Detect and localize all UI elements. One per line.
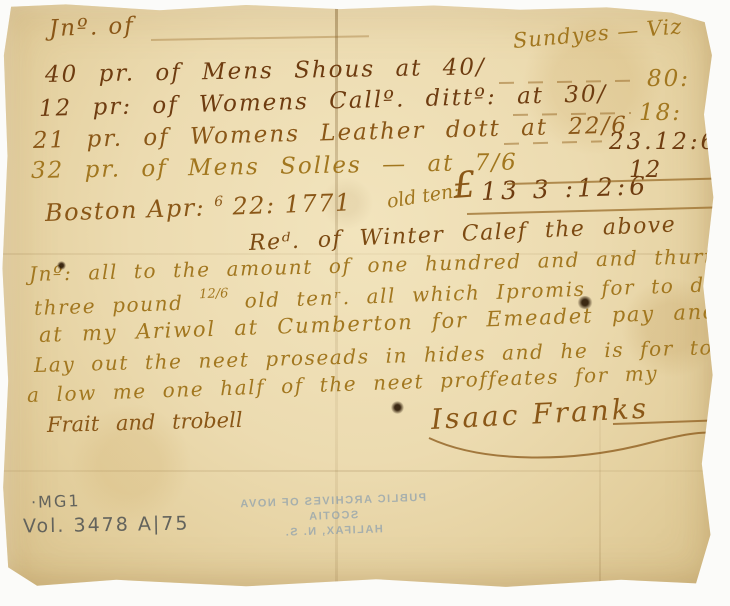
dateline: Boston Apr: 6 22: 1771: [45, 188, 353, 227]
archive-stamp-mirrored: PUBLIC ARCHIVES OF NOVA SCOTIA HALIFAX, …: [226, 490, 439, 542]
scanned-receipt-page: { "colors": { "paper": "#ecdbb0", "ink_d…: [0, 0, 730, 606]
receipt-line-freight: Frait and trobell: [47, 408, 243, 437]
fold-crease-vertical-right: [599, 417, 601, 606]
line-item-amount: 18:: [639, 100, 682, 126]
ink-blot: [391, 401, 404, 414]
heading-dash-line: [151, 35, 369, 41]
fold-crease-horizontal-lower: [1, 470, 722, 472]
dateline-superscript: 6: [214, 194, 223, 210]
invoice-heading: Jnº. of: [49, 13, 136, 42]
pencil-annotation-mg1: ·MG1: [31, 491, 81, 512]
line-item-amount: 80:: [647, 66, 690, 92]
amount-rule-lower: [467, 206, 717, 215]
signature: Isaac Franks: [430, 392, 650, 436]
pencil-annotation-volume: Vol. 3478 A|75: [23, 513, 190, 538]
pound-sign: £: [452, 164, 478, 206]
dateline-date: 22: 1771: [232, 188, 352, 220]
line-item-mens-shoes: 40 pr. of Mens Shous at 40/: [45, 54, 486, 88]
line-item-amount: 23.12:6: [609, 129, 718, 155]
paper-sheet: Jnº. of Sundyes — Viz 40 pr. of Mens Sho…: [1, 2, 722, 594]
ink-blot: [577, 296, 593, 309]
sundries-label: Sundyes — Viz: [512, 14, 683, 53]
invoice-heading-text: Jnº. of: [49, 13, 136, 42]
line-item-mens-soles: 32 pr. of Mens Solles — at 7/6: [31, 150, 518, 184]
receipt-line-pre: three pound: [34, 291, 184, 320]
total-label-old-tenor: old ten:: [385, 180, 461, 213]
total-amount: 13 3 :12:6: [480, 171, 649, 206]
dateline-place: Boston Apr:: [45, 193, 206, 227]
ink-blot: [57, 261, 66, 270]
shillings-superscript: 12/6: [199, 286, 229, 302]
